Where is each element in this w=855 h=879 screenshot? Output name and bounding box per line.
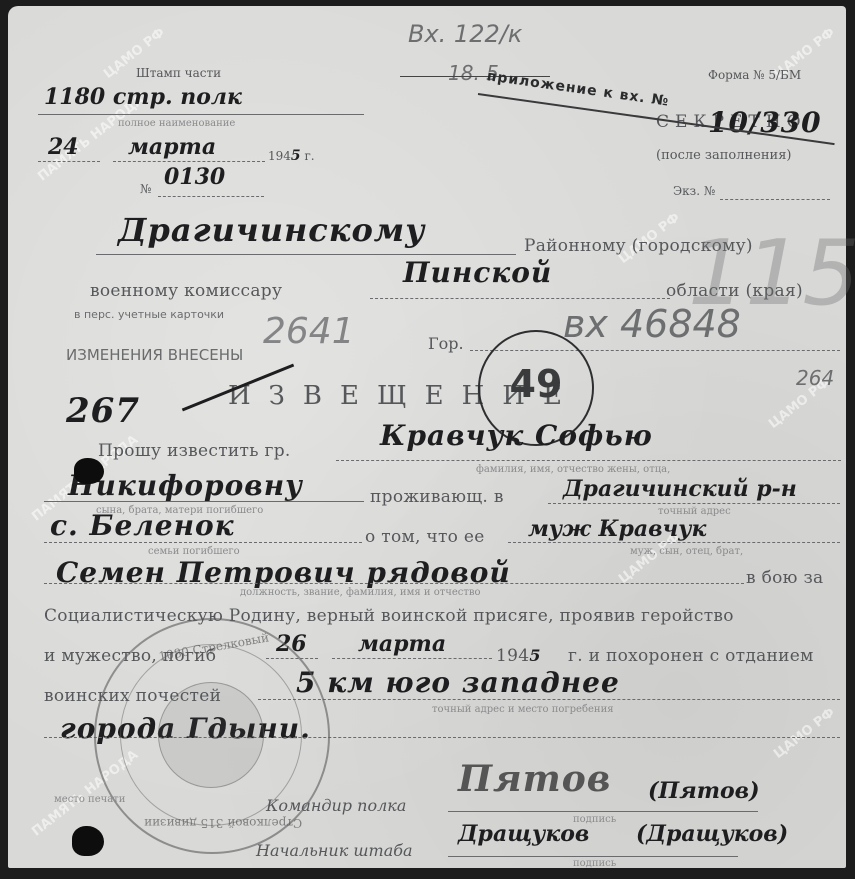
recipient-caption: фамилия, имя, отчество жены, отца, [476,464,670,475]
incoming-reg-note: Вх. 122/к [408,20,522,48]
recipient-value-line1: Кравчук Софью [380,419,653,452]
seal-text-bottom: Стрелковой 315 дивизии [144,816,302,830]
region-value: Пинской [403,256,552,289]
unit-name-caption: полное наименование [118,118,235,129]
commander-signature-line [448,811,758,812]
death-year-prefix: 194 [496,646,529,666]
date-day: 24 [48,134,79,160]
commander-signature: Пятов [458,758,611,800]
city-label: Гор. [428,334,464,353]
number-label: № [140,182,151,196]
date-month-line [113,161,265,162]
notification-form: ЦАМО РФ ПАМЯТЬ НАРОДА ЦАМО РФ ЦАМО РФ ЦА… [8,6,846,868]
changes-stamp: ИЗМЕНЕНИЯ ВНЕСЕНЫ [66,346,243,364]
relation-caption: муж, сын, отец, брат, [630,546,743,557]
attachment-stamp: приложение к вх. № [486,68,670,109]
pencil-fraction: 264 [796,366,834,390]
copy-no-line [720,199,830,200]
burial-value-line1: 5 км юго западнее [296,666,620,699]
commander-name: (Пятов) [648,778,760,804]
signature-caption: подпись [573,858,616,869]
address-value-line2: с. Беленок [50,509,235,542]
punch-hole [74,458,104,484]
unit-stamp-label: Штамп части [136,66,221,80]
body-line2-b: г. и похоронен с отданием [568,646,814,666]
form-number: Форма № 5/БМ [708,68,801,82]
date-year-label: г. [304,149,314,163]
personnel-cards-stamp: в перс. учетные карточки [74,308,224,321]
unit-name-line [38,114,364,115]
body-line1: Социалистическую Родину, верный воинской… [44,606,734,626]
region-line [370,298,670,299]
date-year: 1945 г. [268,148,315,164]
date-year-suffix: 5 [291,148,301,164]
address-line [548,503,840,504]
commander-label: Командир полка [266,796,406,815]
about-label: о том, что ее [365,527,485,547]
relation-value: муж Кравчук [528,516,706,542]
date-day-line [38,161,100,162]
deceased-caption: должность, звание, фамилия, имя и отчест… [240,587,481,598]
recipient-line2 [44,501,364,502]
address-line2 [44,542,362,543]
chief-signature: Дращуков [458,821,589,847]
deceased-line [44,583,744,584]
request-label: Прошу известить гр. [98,441,291,461]
chief-signature-line [448,856,738,857]
pencil-note: 2641 [263,311,355,352]
number-value: 0130 [164,164,225,190]
punch-hole [72,826,104,856]
unit-name-value: 1180 стр. полк [44,84,242,110]
death-year-suffix: 5 [529,646,540,665]
burial-caption: точный адрес и место погребения [432,704,614,715]
district-line [96,254,516,255]
recipient-line [336,460,841,461]
address-value-line1: Драгичинский р-н [563,476,797,502]
chief-name: (Дращуков) [636,821,788,847]
commissar-label: военному комиссару [90,281,282,301]
after-filling-note: (после заполнения) [656,148,791,163]
unit-seal: 1080 Стрелковый Стрелковой 315 дивизии [94,618,330,854]
watermark-camo: ЦАМО РФ [771,705,838,762]
death-month-line [332,658,492,659]
copy-no-label: Экз. № [673,184,715,198]
pencil-mark-right: 115 [688,221,855,326]
number-line [158,196,264,197]
death-year: 1945 [496,646,541,666]
round-stamp-number: 49 [480,362,592,406]
handwritten-267: 267 [66,391,140,431]
relation-line [508,542,840,543]
seal-place-caption: место печати [54,794,125,805]
district-value: Драгичинскому [118,211,425,249]
chief-of-staff-label: Начальник штаба [256,841,413,860]
date-year-prefix: 194 [268,149,291,163]
date-month: марта [128,134,216,160]
burial-line [258,699,840,700]
seal-emblem [158,682,264,788]
in-battle-label: в бою за [746,568,823,588]
death-month: марта [358,631,446,657]
residing-label: проживающ. в [370,487,504,507]
deceased-value: Семен Петрович рядовой [56,556,511,589]
